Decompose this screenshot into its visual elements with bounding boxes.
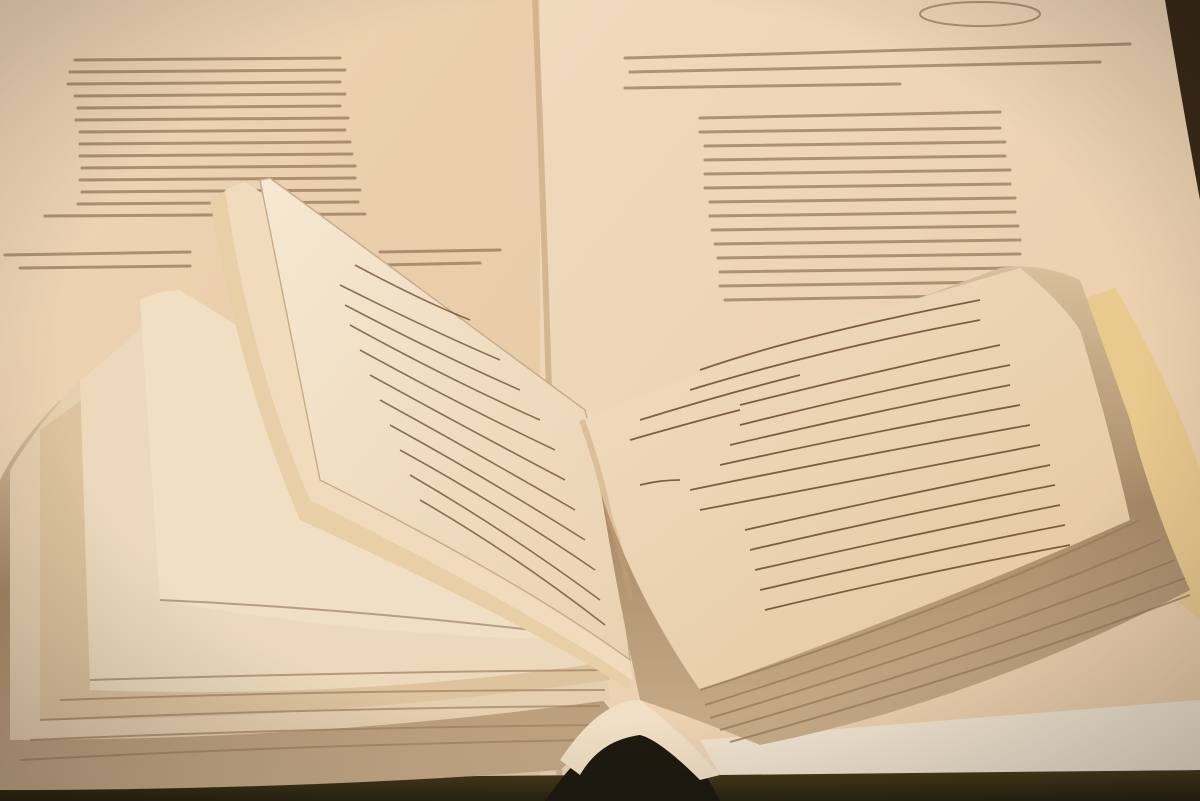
manuscript-photo bbox=[0, 0, 1200, 801]
photo-vignette bbox=[0, 0, 1200, 801]
photo-canvas bbox=[0, 0, 1200, 801]
